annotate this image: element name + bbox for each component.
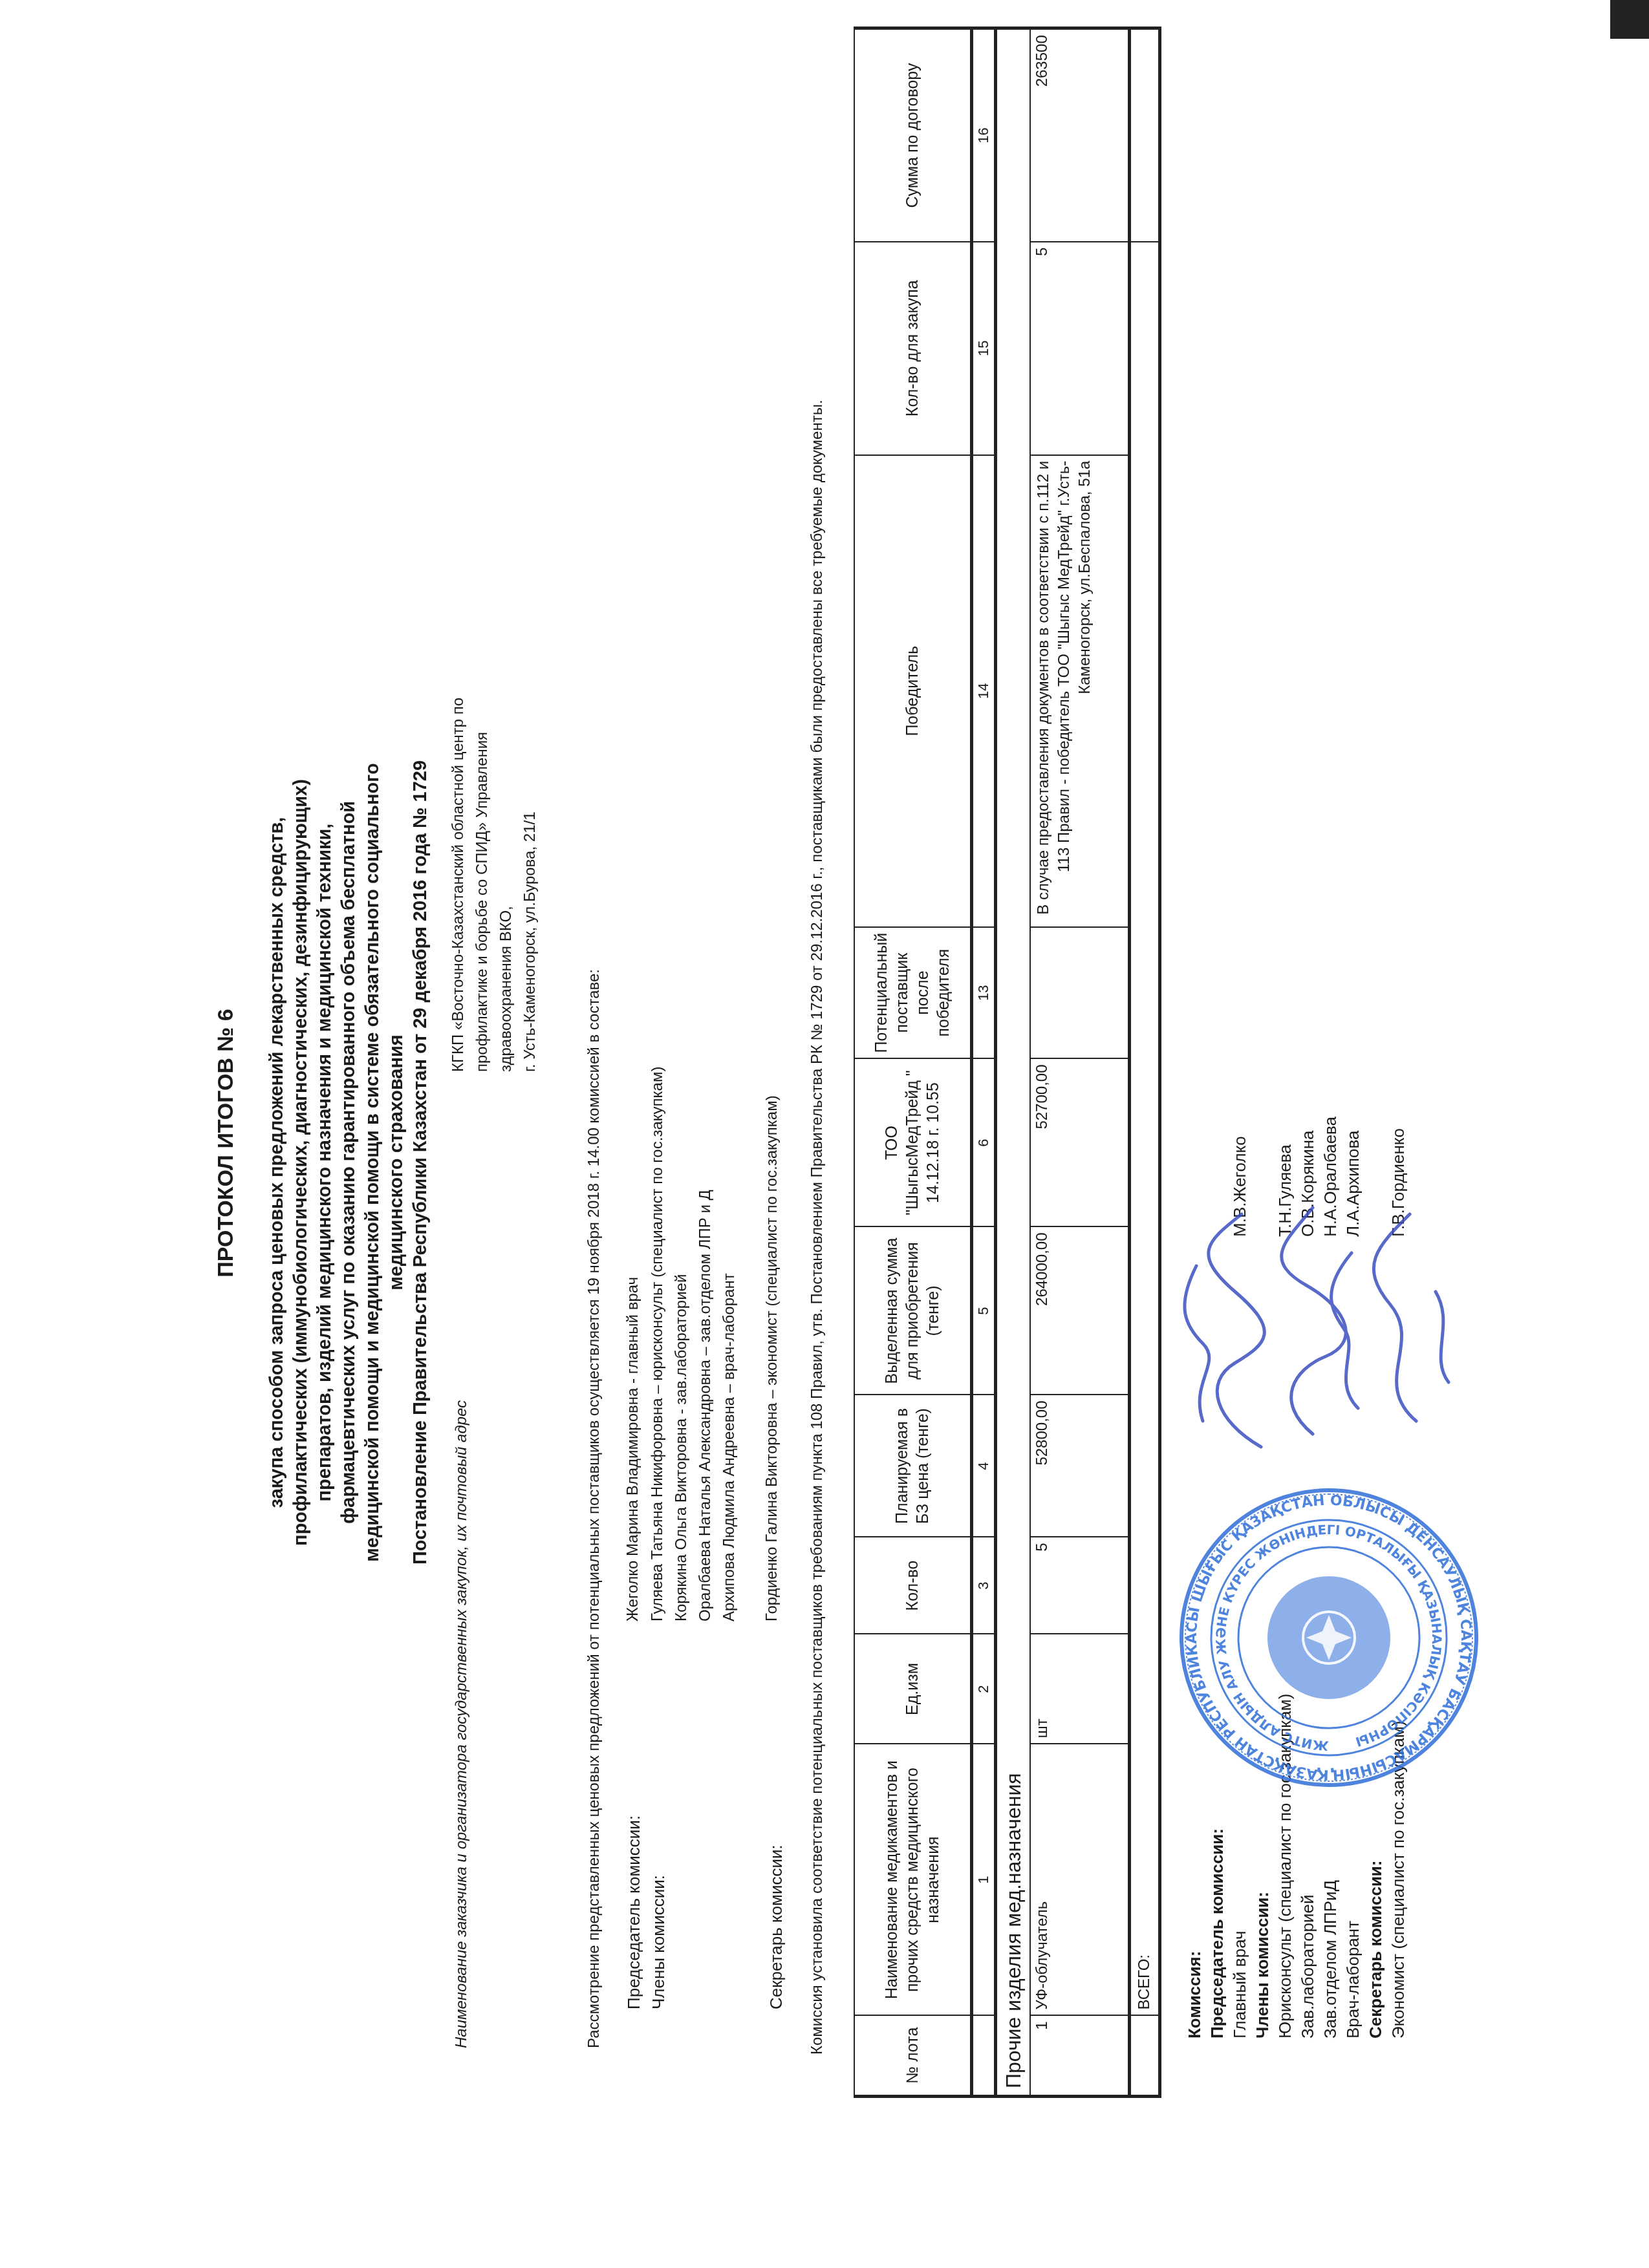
col-num bbox=[972, 2016, 996, 2097]
cell-unit: шт bbox=[1030, 1634, 1130, 1744]
document-title: ПРОТОКОЛ ИТОГОВ № 6 bbox=[213, 690, 239, 1596]
total-value bbox=[1130, 28, 1160, 242]
col-num: 1 bbox=[972, 1744, 996, 2016]
compliance-text: Комиссия установила соответствие потенци… bbox=[808, 400, 826, 2055]
members-label: Члены комиссии: bbox=[649, 1875, 669, 2009]
header-unit: Ед.изм bbox=[854, 1634, 972, 1744]
header-qty: Кол-во bbox=[854, 1537, 972, 1634]
header-name: Наименование медикаментов и прочих средс… bbox=[854, 1744, 972, 2016]
subtitle-line: закупа способом запроса ценовых предложе… bbox=[265, 419, 289, 1906]
total-label: ВСЕГО: bbox=[1130, 242, 1160, 2016]
header-planned-price: Планируемая в БЗ цена (тенге) bbox=[854, 1395, 972, 1537]
document-subtitle: закупа способом запроса ценовых предложе… bbox=[265, 419, 433, 1906]
header-winner: Победитель bbox=[854, 455, 972, 927]
member: Архипова Людмила Андреевна – врач-лабора… bbox=[717, 1067, 741, 1621]
cell-planned-price: 52800,00 bbox=[1030, 1395, 1130, 1537]
col-num: 4 bbox=[972, 1395, 996, 1537]
cell-allocated-sum: 264000,00 bbox=[1030, 1227, 1130, 1395]
document-page: ПРОТОКОЛ ИТОГОВ № 6 закупа способом запр… bbox=[0, 0, 1649, 2268]
total-empty bbox=[1130, 2016, 1160, 2097]
official-stamp-icon: ҚАЗАҚСТАН РЕСПУБЛИКАСЫ ШЫҒЫС ҚАЗАҚСТАН О… bbox=[1177, 1486, 1481, 1790]
header-purchase-qty: Кол-во для закупа bbox=[854, 242, 972, 455]
chairman-label: Председатель комиссии: bbox=[624, 1815, 644, 2009]
chairman-name: Жеголко Марина Владимировна - главный вр… bbox=[624, 1277, 642, 1621]
subtitle-line: медицинского страхования bbox=[385, 419, 409, 1906]
customer-line: профилактике и борьбе со СПИД» Управлени… bbox=[470, 698, 494, 1072]
col-num: 5 bbox=[972, 1227, 996, 1395]
cell-contract-sum: 263500 bbox=[1030, 28, 1130, 242]
member: Гуляева Татьяна Никифоровна – юрисконсул… bbox=[645, 1067, 669, 1621]
subtitle-line: Постановление Правительства Республики К… bbox=[409, 419, 433, 1906]
customer-line: КГКП «Восточно-Казахстанский областной ц… bbox=[446, 698, 470, 1072]
cell-qty: 5 bbox=[1030, 1537, 1130, 1634]
cell-lot: 1 bbox=[1030, 2016, 1130, 2097]
col-num: 3 bbox=[972, 1537, 996, 1634]
review-text: Рассмотрение представленных ценовых пред… bbox=[585, 969, 603, 2048]
group-row: Прочие изделия мед.назначения bbox=[996, 28, 1031, 2097]
header-potential-supplier: Потенциальный поставщик после победителя bbox=[854, 927, 972, 1059]
scan-edge-mark bbox=[1610, 0, 1649, 39]
column-number-row: 1 2 3 4 5 6 13 14 15 16 bbox=[972, 28, 996, 2097]
cell-name: УФ-облучатель bbox=[1030, 1744, 1130, 2016]
subtitle-line: медицинской помощи и медицинской помощи … bbox=[361, 419, 385, 1906]
secretary-name: Гордиенко Галина Викторовна – экономист … bbox=[763, 1095, 781, 1621]
header-supplier: ТОО "ШыгысМедТрейд " 14.12.18 г. 10.55 bbox=[854, 1059, 972, 1227]
customer-label: Наименование заказчика и организатора го… bbox=[453, 1400, 471, 2048]
subtitle-line: фармацевтических услуг по оказанию гаран… bbox=[337, 419, 361, 1906]
cell-potential-supplier bbox=[1030, 927, 1130, 1059]
cell-purchase-qty: 5 bbox=[1030, 242, 1130, 455]
header-contract-sum: Сумма по договору bbox=[854, 28, 972, 242]
member: Оралбаева Наталья Александровна – зав.от… bbox=[693, 1067, 717, 1621]
header-lot: № лота bbox=[854, 2016, 972, 2097]
members-list: Гуляева Татьяна Никифоровна – юрисконсул… bbox=[645, 1067, 741, 1621]
table-row: 1 УФ-облучатель шт 5 52800,00 264000,00 … bbox=[1030, 28, 1130, 2097]
handwritten-signatures-icon bbox=[1164, 1188, 1474, 1460]
cell-supplier-price: 52700,00 bbox=[1030, 1059, 1130, 1227]
customer-line: г. Усть-Каменогорск, ул.Бурова, 21/1 bbox=[518, 698, 542, 1072]
secretary-label: Секретарь комиссии: bbox=[766, 1845, 786, 2009]
subtitle-line: профилактических (иммунобиологических, д… bbox=[289, 419, 313, 1906]
col-num: 15 bbox=[972, 242, 996, 455]
subtitle-line: препаратов, изделий медицинского назначе… bbox=[313, 419, 337, 1906]
member: Корякина Ольга Викторовна - зав.лаборато… bbox=[669, 1067, 693, 1621]
col-num: 13 bbox=[972, 927, 996, 1059]
header-allocated-sum: Выделенная сумма для приобретения (тенге… bbox=[854, 1227, 972, 1395]
col-num: 2 bbox=[972, 1634, 996, 1744]
cell-winner: В случае предоставления документов в соо… bbox=[1030, 455, 1130, 927]
col-num: 14 bbox=[972, 455, 996, 927]
results-table: № лота Наименование медикаментов и прочи… bbox=[854, 27, 1161, 2098]
customer-line: здравоохранения ВКО, bbox=[494, 698, 518, 1072]
group-label: Прочие изделия мед.назначения bbox=[996, 28, 1031, 2097]
col-num: 6 bbox=[972, 1059, 996, 1227]
total-row: ВСЕГО: bbox=[1130, 28, 1160, 2097]
table-header-row: № лота Наименование медикаментов и прочи… bbox=[854, 28, 972, 2097]
col-num: 16 bbox=[972, 28, 996, 242]
customer-address: КГКП «Восточно-Казахстанский областной ц… bbox=[446, 698, 542, 1072]
